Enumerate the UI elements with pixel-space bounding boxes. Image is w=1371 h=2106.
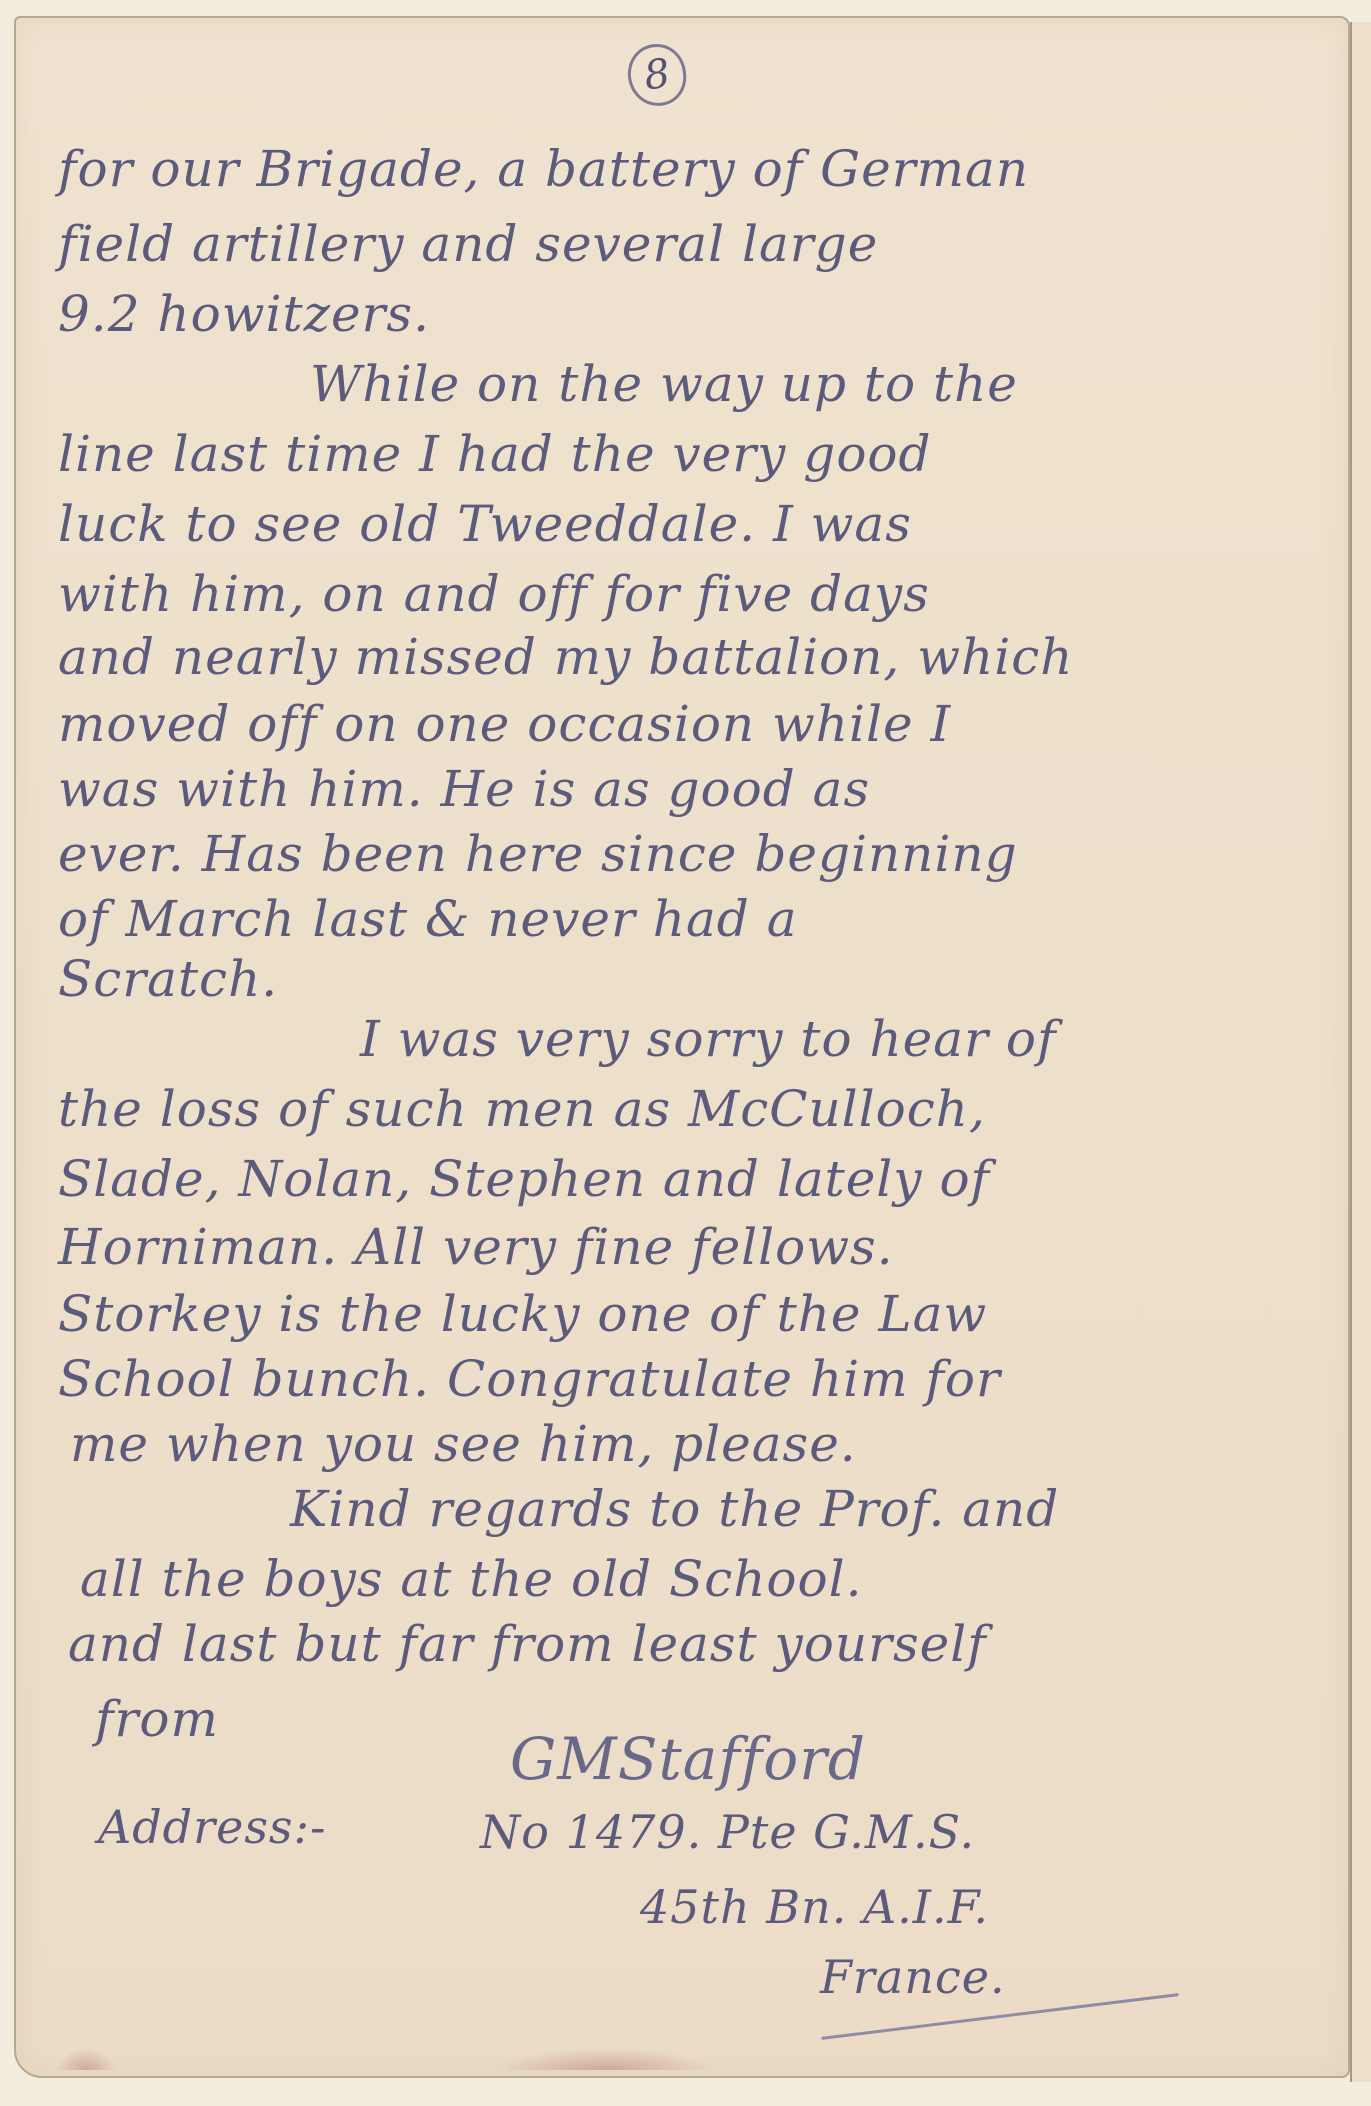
letter-line: ever. Has been here since beginning xyxy=(58,825,1018,883)
letter-line: was with him. He is as good as xyxy=(58,760,870,818)
letter-line: from xyxy=(95,1690,219,1748)
letter-line: Scratch. xyxy=(58,950,278,1008)
signature: GMStafford xyxy=(510,1725,866,1793)
letter-line: While on the way up to the xyxy=(310,355,1018,413)
letter-line: of March last & never had a xyxy=(58,890,798,948)
letter-line: luck to see old Tweeddale. I was xyxy=(58,495,912,553)
letter-line: field artillery and several large xyxy=(58,215,878,273)
letter-line: Slade, Nolan, Stephen and lately of xyxy=(58,1150,990,1208)
letter-line: 9.2 howitzers. xyxy=(58,285,430,343)
letter-line: the loss of such men as McCulloch, xyxy=(58,1080,986,1138)
address-line: France. xyxy=(820,1950,1006,2004)
address-label: Address:- xyxy=(98,1800,327,1854)
letter-line: moved off on one occasion while I xyxy=(58,695,951,753)
letter-line: line last time I had the very good xyxy=(58,425,932,483)
letter-line: and nearly missed my battalion, which xyxy=(58,628,1073,686)
letter-line: with him, on and off for five days xyxy=(58,565,930,623)
letter-line: for our Brigade, a battery of German xyxy=(58,140,1029,198)
letter-line: Horniman. All very fine fellows. xyxy=(58,1218,894,1276)
ink-stain xyxy=(496,2048,716,2070)
letter-line: I was very sorry to hear of xyxy=(360,1010,1056,1068)
letter-line: and last but far from least yourself xyxy=(68,1615,987,1673)
address-line: No 1479. Pte G.M.S. xyxy=(480,1805,975,1859)
letter-line: all the boys at the old School. xyxy=(80,1550,863,1608)
ink-stain xyxy=(56,2048,116,2070)
adjacent-page-edge xyxy=(1350,22,1371,2082)
address-line: 45th Bn. A.I.F. xyxy=(640,1880,989,1934)
letter-line: me when you see him, please. xyxy=(70,1415,857,1473)
letter-line: Storkey is the lucky one of the Law xyxy=(58,1285,987,1343)
letter-line: School bunch. Congratulate him for xyxy=(58,1350,1001,1408)
letter-line: Kind regards to the Prof. and xyxy=(290,1480,1059,1538)
